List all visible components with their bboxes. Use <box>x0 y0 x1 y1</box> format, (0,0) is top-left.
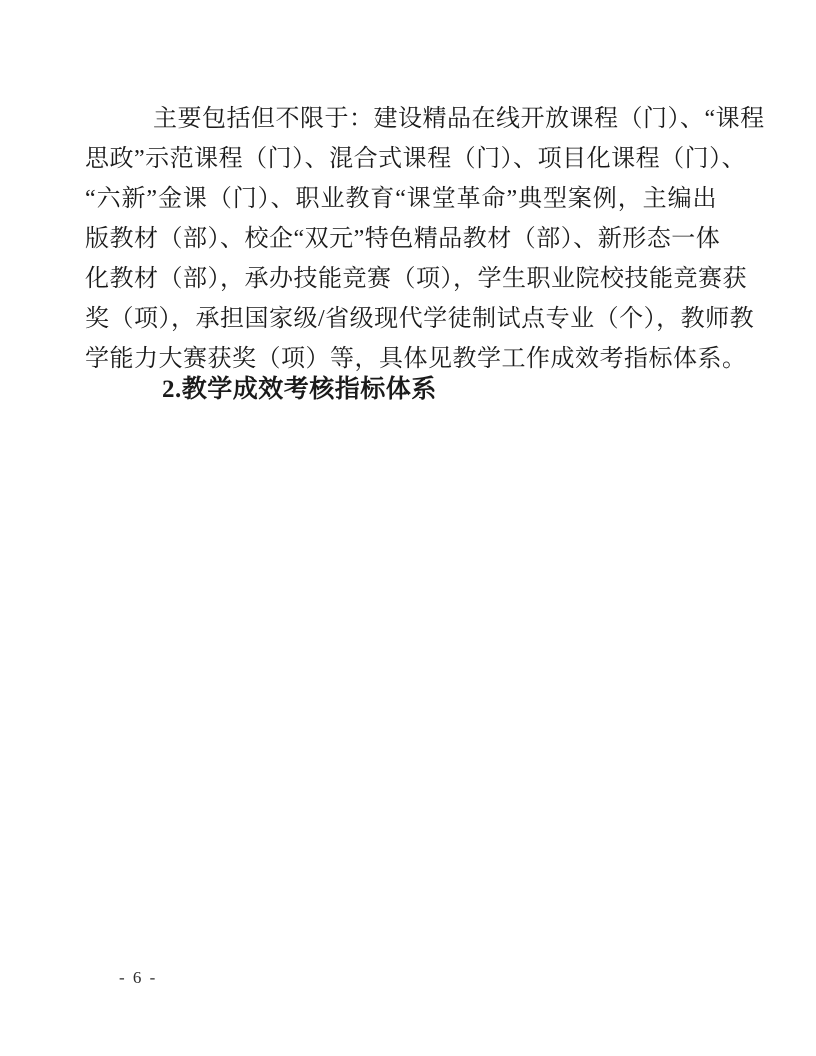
paragraph-line: 思政”示范课程（门）、混合式课程（门）、项目化课程（门）、 <box>85 139 717 179</box>
paragraph-line: 奖（项），承担国家级/省级现代学徒制试点专业（个），教师教 <box>85 299 717 339</box>
paragraph-line: 化教材（部），承办技能竞赛（项），学生职业院校技能竞赛获 <box>85 259 717 299</box>
paragraph-line: 版教材（部）、校企“双元”特色精品教材（部）、新形态一体 <box>85 219 717 259</box>
body-paragraph: 主要包括但不限于：建设精品在线开放课程（门）、“课程 思政”示范课程（门）、混合… <box>85 99 717 379</box>
page-number: - 6 - <box>119 968 157 988</box>
paragraph-line: 主要包括但不限于：建设精品在线开放课程（门）、“课程 <box>85 99 717 139</box>
section-heading: 2.教学成效考核指标体系 <box>162 373 437 413</box>
paragraph-line: “六新”金课（门）、职业教育“课堂革命”典型案例，主编出 <box>85 179 717 219</box>
document-page: 主要包括但不限于：建设精品在线开放课程（门）、“课程 思政”示范课程（门）、混合… <box>0 0 816 1056</box>
